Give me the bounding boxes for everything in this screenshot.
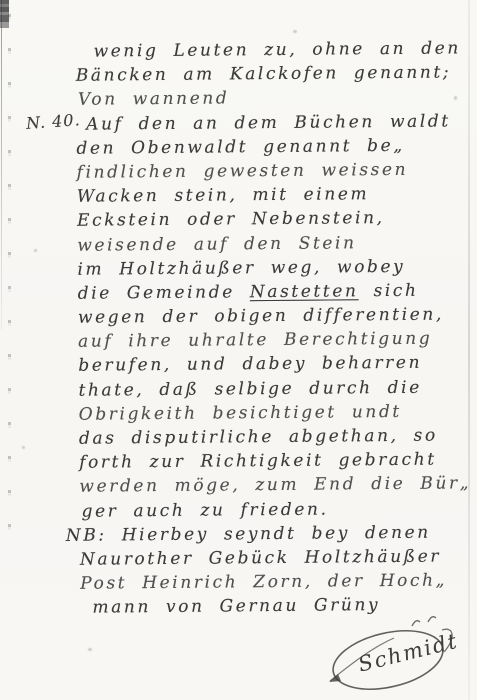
gemeinde-suffix: sich — [358, 281, 418, 302]
manuscript-line: im Holtzhäußer weg, wobey — [77, 254, 469, 282]
manuscript-line: Naurother Gebück Holtzhäußer — [80, 544, 472, 572]
manuscript-line: wenig Leuten zu, ohne an den — [75, 36, 467, 64]
manuscript-line: Post Heinrich Zorn, der Hoch„ — [80, 568, 472, 596]
manuscript-line: Eckstein oder Nebenstein, — [77, 206, 469, 234]
manuscript-line: den Obenwaldt genannt be„ — [76, 133, 468, 161]
manuscript-line: thate, daß selbige durch die — [78, 375, 470, 403]
manuscript-line-nb: NB: Hierbey seyndt bey denen — [66, 520, 472, 548]
manuscript-line: werden möge, zum End die Bür„ — [79, 472, 471, 500]
manuscript-line: berufen, und dabey beharren — [78, 351, 470, 379]
manuscript-line: findlichen gewesten weissen — [77, 157, 469, 185]
manuscript-line: Wacken stein, mit einem — [77, 181, 469, 209]
gemeinde-prefix: die Gemeinde — [78, 282, 250, 304]
paper-speck — [88, 648, 92, 651]
manuscript-line: auf ihre uhralte Berechtigung — [78, 327, 470, 355]
manuscript-line: Auf den an dem Büchen waldt — [76, 109, 468, 137]
manuscript-line: Von wannend — [76, 85, 468, 113]
paper-speck — [22, 446, 25, 449]
margin-entry-number: N. 40. — [25, 110, 81, 133]
paper-speck — [34, 249, 37, 252]
page-edge-line — [1, 0, 2, 330]
manuscript-line: wegen der obigen differentien, — [78, 302, 470, 330]
underlined-place-name: Nastetten — [250, 281, 359, 302]
manuscript-line: das disputirliche abgethan, so — [79, 423, 471, 451]
paper-speck — [293, 30, 297, 33]
signature-block: Schmidt — [316, 608, 466, 698]
manuscript-line: ger auch zu frieden. — [79, 496, 471, 524]
manuscript-line: Bäncken am Kalckofen genannt; — [76, 60, 468, 88]
binding-edge-marks — [8, 14, 11, 534]
signature-flourish: Schmidt — [316, 608, 466, 698]
manuscript-page: N. 40. wenig Leuten zu, ohne an den Bänc… — [0, 0, 477, 700]
manuscript-line: forth zur Richtigkeit gebracht — [79, 447, 471, 475]
manuscript-line: Obrigkeith besichtiget undt — [79, 399, 471, 427]
handwritten-text-block: wenig Leuten zu, ohne an den Bäncken am … — [75, 36, 472, 620]
manuscript-line-gemeinde: die Gemeinde Nastetten sich — [78, 278, 470, 306]
manuscript-line: weisende auf den Stein — [77, 230, 469, 258]
